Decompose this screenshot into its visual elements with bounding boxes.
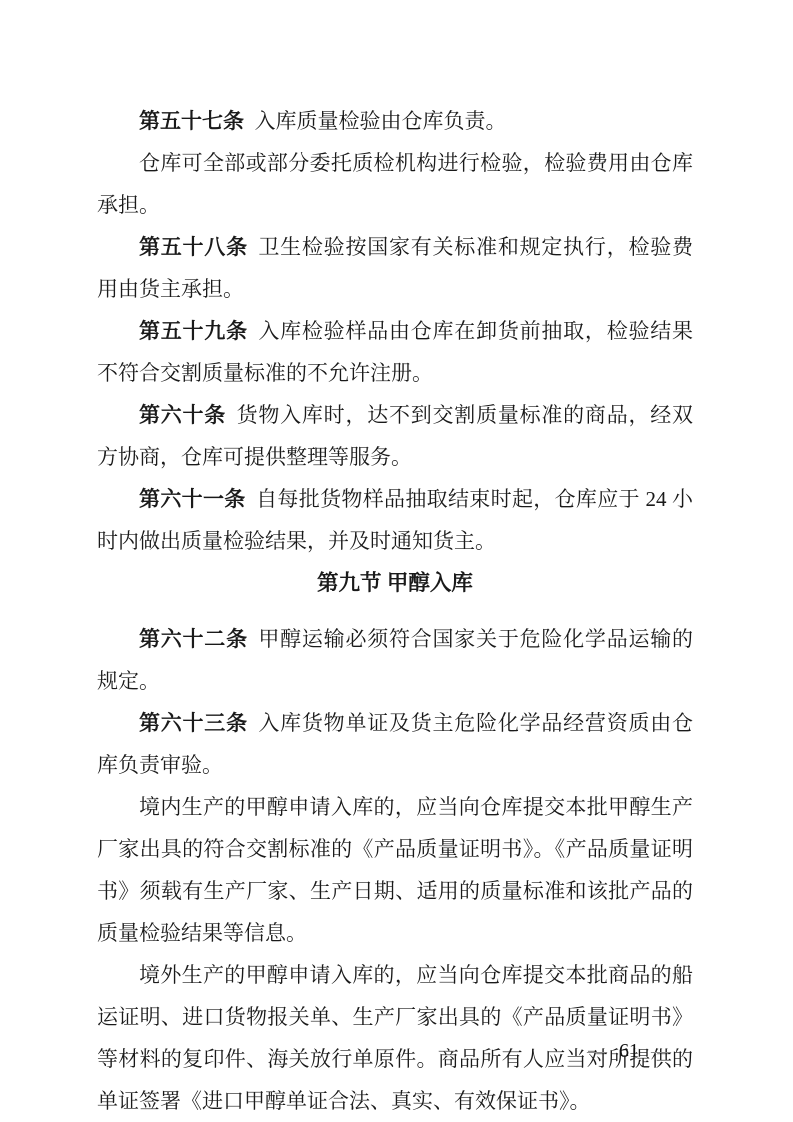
document-body: 第五十七条入库质量检验由仓库负责。 仓库可全部或部分委托质检机构进行检验，检验费… xyxy=(97,100,693,1122)
body-paragraph: 仓库可全部或部分委托质检机构进行检验，检验费用由仓库承担。 xyxy=(97,142,693,226)
footer-left-dash: — xyxy=(585,1040,609,1062)
document-page: 第五十七条入库质量检验由仓库负责。 仓库可全部或部分委托质检机构进行检验，检验费… xyxy=(0,0,793,1122)
article-number-label: 第六十三条 xyxy=(139,711,248,735)
article-number-label: 第五十八条 xyxy=(139,235,248,259)
article-paragraph-59: 第五十九条入库检验样品由仓库在卸货前抽取，检验结果不符合交割质量标准的不允许注册… xyxy=(97,310,693,394)
footer-right-dash: — xyxy=(649,1040,673,1062)
article-paragraph-60: 第六十条货物入库时，达不到交割质量标准的商品，经双方协商，仓库可提供整理等服务。 xyxy=(97,394,693,478)
article-paragraph-63: 第六十三条入库货物单证及货主危险化学品经营资质由仓库负责审验。 xyxy=(97,702,693,786)
body-paragraph: 境内生产的甲醇申请入库的，应当向仓库提交本批甲醇生产厂家出具的符合交割标准的《产… xyxy=(97,786,693,954)
article-paragraph-57: 第五十七条入库质量检验由仓库负责。 xyxy=(97,100,693,142)
article-number-label: 第六十二条 xyxy=(139,627,248,651)
article-paragraph-61: 第六十一条自每批货物样品抽取结束时起，仓库应于 24 小时内做出质量检验结果，并… xyxy=(97,478,693,562)
page-footer: —61— xyxy=(585,1038,673,1064)
paragraph-text: 仓库可全部或部分委托质检机构进行检验，检验费用由仓库承担。 xyxy=(97,151,693,217)
article-number-label: 第六十条 xyxy=(139,403,226,427)
article-paragraph-62: 第六十二条甲醇运输必须符合国家关于危险化学品运输的规定。 xyxy=(97,618,693,702)
article-paragraph-58: 第五十八条卫生检验按国家有关标准和规定执行，检验费用由货主承担。 xyxy=(97,226,693,310)
page-number: 61 xyxy=(609,1040,649,1062)
article-number-label: 第五十七条 xyxy=(139,109,244,133)
article-number-label: 第五十九条 xyxy=(139,319,248,343)
section-heading: 第九节 甲醇入库 xyxy=(97,562,693,604)
article-text: 入库质量检验由仓库负责。 xyxy=(255,109,507,133)
paragraph-text: 境内生产的甲醇申请入库的，应当向仓库提交本批甲醇生产厂家出具的符合交割标准的《产… xyxy=(97,795,693,945)
article-number-label: 第六十一条 xyxy=(139,487,246,511)
